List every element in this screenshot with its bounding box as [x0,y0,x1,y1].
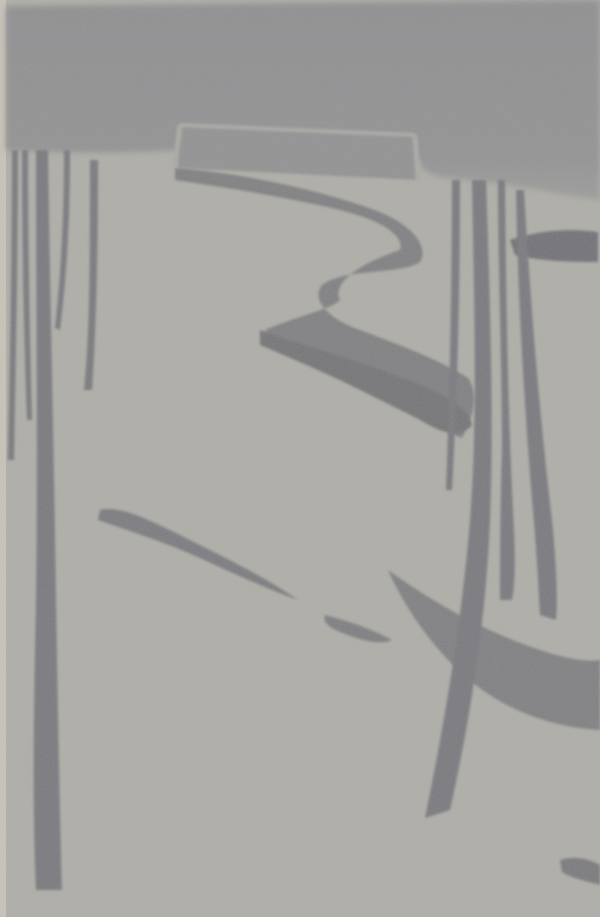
print-grain [0,0,600,917]
painting-canvas [0,0,600,917]
ink-wash-painting [0,0,600,917]
